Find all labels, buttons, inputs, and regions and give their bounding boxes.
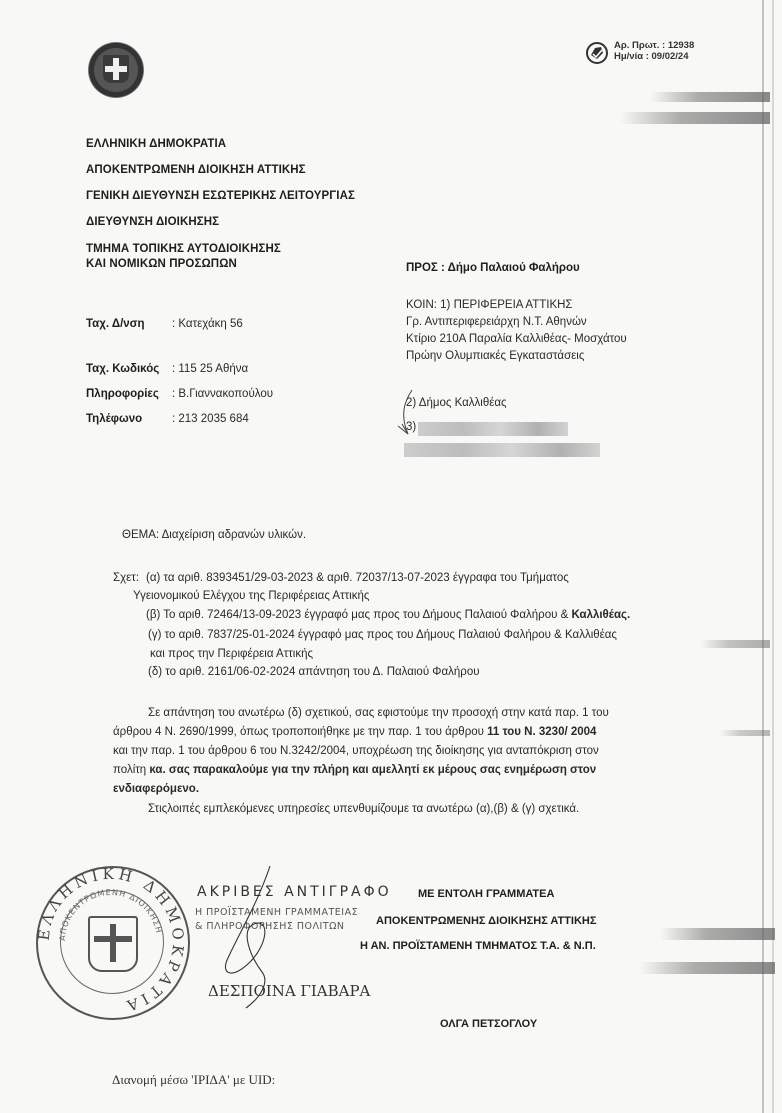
scan-edge-line <box>772 0 774 1113</box>
scan-artifact <box>660 928 775 940</box>
recipient-cc-line: ΚΟΙΝ: 1) ΠΕΡΙΦΕΡΕΙΑ ΑΤΤΙΚΗΣ <box>406 299 573 311</box>
body-line: Στιςλοιπές εμπλεκόμενες υπηρεσίες υπενθυ… <box>148 803 579 815</box>
handwritten-signature-icon <box>210 862 290 1012</box>
reference-text: (β) Το αριθ. 72464/13-09-2023 έγγραφό μα… <box>146 609 571 621</box>
protocol-number: Αρ. Πρωτ. : 12938 <box>614 40 694 51</box>
reference-line: (β) Το αριθ. 72464/13-09-2023 έγγραφό μα… <box>146 609 630 621</box>
contact-label: Ταχ. Κωδικός <box>86 363 159 375</box>
distribution-footer: Διανομή μέσω 'ΙΡΙΔΑ' με UID: <box>112 1072 275 1088</box>
body-line: ενδιαφερόμενο. <box>113 783 199 795</box>
scan-artifact <box>640 962 775 974</box>
issuer-line: ΤΜΗΜΑ ΤΟΠΙΚΗΣ ΑΥΤΟΔΙΟΙΚΗΣΗΣ <box>86 243 281 255</box>
recipient-cc-line: Πρώην Ολυμπιακές Εγκαταστάσεις <box>406 350 584 362</box>
body-line: και την παρ. 1 του άρθρου 6 του Ν.3242/2… <box>113 745 599 757</box>
recipient-cc-line: Γρ. Αντιπεριφερειάρχη Ν.Τ. Αθηνών <box>406 316 587 328</box>
recipient-to: ΠΡΟΣ : Δήμο Παλαιού Φαλήρου <box>406 262 580 274</box>
subject-line: ΘΕΜΑ: Διαχείριση αδρανών υλικών. <box>122 529 306 541</box>
reference-line: (α) τα αριθ. 8393451/29-03-2023 & αριθ. … <box>146 572 569 584</box>
scan-edge-line <box>762 0 764 1113</box>
contact-label: Πληροφορίες <box>86 388 159 400</box>
signature-line: ΑΠΟΚΕΝΤΡΩΜΕΝΗΣ ΔΙΟΙΚΗΣΗΣ ΑΤΤΙΚΗΣ <box>376 915 596 927</box>
reference-line: (δ) το αριθ. 2161/06-02-2024 απάντηση το… <box>148 666 480 678</box>
scan-artifact <box>620 112 770 124</box>
references-prefix: Σχετ: <box>113 572 139 584</box>
issuer-line: ΚΑΙ ΝΟΜΙΚΩΝ ΠΡΟΣΩΠΩΝ <box>86 258 237 270</box>
body-text-bold: 11 του Ν. 3230/ 2004 <box>487 726 596 738</box>
redacted-block <box>404 443 600 457</box>
protocol-logo-icon <box>586 42 608 64</box>
handwritten-arrow-icon <box>394 388 424 438</box>
scan-artifact <box>700 640 770 648</box>
contact-value: : 115 25 Αθήνα <box>172 363 248 375</box>
signatory-name: ΟΛΓΑ ΠΕΤΣΟΓΛΟΥ <box>440 1018 537 1030</box>
contact-value: : Κατεχάκη 56 <box>172 318 243 330</box>
protocol-date: Ημ/νία : 09/02/24 <box>614 51 689 62</box>
body-text-bold: κα. σας παρακαλούμε για την πλήρη και αμ… <box>149 764 596 776</box>
reference-line: Υγειονομικού Ελέγχου της Περιφέρειας Αττ… <box>133 590 369 602</box>
recipient-cc-line: Κτίριο 210Α Παραλία Καλλιθέας- Μοσχάτου <box>406 333 627 345</box>
body-line: Σε απάντηση του ανωτέρω (δ) σχετικού, σα… <box>148 707 609 719</box>
issuer-line: ΕΛΛΗΝΙΚΗ ΔΗΜΟΚΡΑΤΙΑ <box>86 138 226 150</box>
reference-text-bold: Καλλιθέας. <box>571 609 630 621</box>
body-line: πολίτη κα. σας παρακαλούμε για την πλήρη… <box>113 764 596 776</box>
seal-text-ring: ΕΛΛΗΝΙΚΗ ΔΗΜΟΚΡΑΤΙΑ ΑΠΟΚΕΝΤΡΩΜΕΝΗ ΔΙΟΙΚΗ… <box>36 866 186 1016</box>
contact-value: : Β.Γιαννακοπούλου <box>172 388 273 400</box>
body-text: πολίτη <box>113 764 149 776</box>
contact-value: : 213 2035 684 <box>172 413 249 425</box>
scan-artifact <box>650 92 770 102</box>
official-seal: ΕΛΛΗΝΙΚΗ ΔΗΜΟΚΡΑΤΙΑ ΑΠΟΚΕΝΤΡΩΜΕΝΗ ΔΙΟΙΚΗ… <box>36 866 190 1020</box>
greek-coat-of-arms-icon <box>88 42 144 98</box>
scan-artifact <box>720 730 770 736</box>
issuer-line: ΔΙΕΥΘΥΝΣΗ ΔΙΟΙΚΗΣΗΣ <box>86 216 219 228</box>
issuer-line: ΓΕΝΙΚΗ ΔΙΕΥΘΥΝΣΗ ΕΣΩΤΕΡΙΚΗΣ ΛΕΙΤΟΥΡΓΙΑΣ <box>86 190 355 202</box>
body-line: άρθρου 4 Ν. 2690/1999, όπως τροποποιήθηκ… <box>113 726 596 738</box>
body-text: άρθρου 4 Ν. 2690/1999, όπως τροποποιήθηκ… <box>113 726 487 738</box>
signature-line: Η ΑΝ. ΠΡΟΪΣΤΑΜΕΝΗ ΤΜΗΜΑΤΟΣ Τ.Α. & Ν.Π. <box>360 940 596 952</box>
issuer-line: ΑΠΟΚΕΝΤΡΩΜΕΝΗ ΔΙΟΙΚΗΣΗ ΑΤΤΙΚΗΣ <box>86 164 306 176</box>
contact-label: Ταχ. Δ/νση <box>86 318 145 330</box>
reference-line: και προς την Περιφέρεια Αττικής <box>150 648 313 660</box>
document-page: Αρ. Πρωτ. : 12938 Ημ/νία : 09/02/24 ΕΛΛΗ… <box>0 0 782 1113</box>
signature-line: ΜΕ ΕΝΤΟΛΗ ΓΡΑΜΜΑΤΕΑ <box>418 888 554 900</box>
contact-label: Τηλέφωνο <box>86 413 142 425</box>
reference-line: (γ) το αριθ. 7837/25-01-2024 έγγραφό μας… <box>148 629 617 641</box>
redacted-block <box>418 422 568 436</box>
